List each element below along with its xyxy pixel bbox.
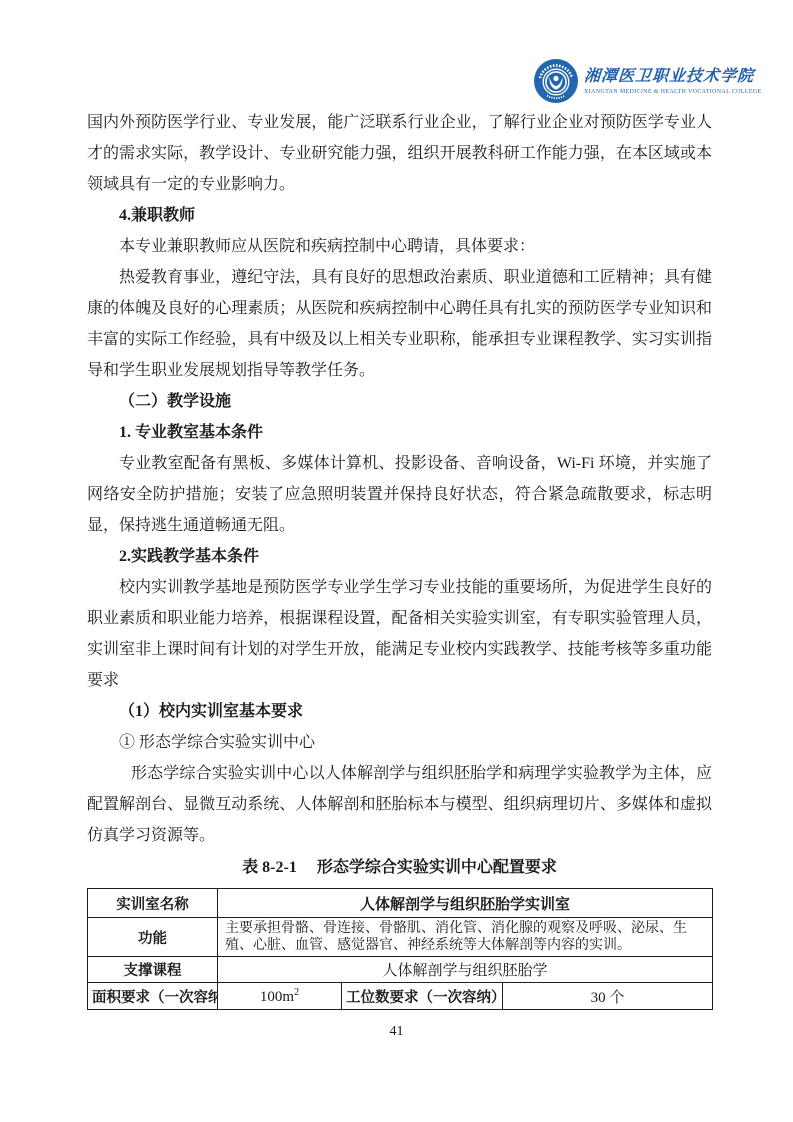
table-label-cell: 功能: [88, 918, 218, 957]
table-value-cell: 100m2: [218, 983, 342, 1010]
table-row-area-stations: 面积要求（一次容纳） 100m2 工位数要求（一次容纳） 30 个: [88, 983, 713, 1010]
area-value: 100m: [260, 989, 294, 1005]
section-heading-part-time-teachers: 4.兼职教师: [87, 200, 712, 231]
college-name-en: XIANGTAN MEDICINE & HEALTH VOCATIONAL CO…: [584, 88, 762, 96]
table-caption-title: 形态学综合实验实训中心配置要求: [317, 859, 557, 876]
table-label-cell: 实训室名称: [88, 889, 218, 918]
list-item-morphology-center: ① 形态学综合实验实训中心: [87, 727, 712, 758]
college-logo: 湘潭医卫职业技术学院 XIANGTAN MEDICINE & HEALTH VO…: [533, 58, 762, 104]
college-emblem-icon: [533, 58, 579, 104]
table-caption: 表 8-2-1形态学综合实验实训中心配置要求: [87, 858, 712, 878]
table-row-function: 功能 主要承担骨骼、骨连接、骨骼肌、消化管、消化腺的观察及呼吸、泌尿、生殖、心脏…: [88, 918, 713, 957]
table-label-cell: 面积要求（一次容纳）: [88, 983, 218, 1010]
table-caption-label: 表 8-2-1: [242, 859, 297, 876]
section-heading-classroom-conditions: 1. 专业教室基本条件: [87, 417, 712, 448]
table-row-courses: 支撑课程 人体解剖学与组织胚胎学: [88, 957, 713, 983]
section-heading-training-room-requirements: （1）校内实训室基本要求: [87, 696, 712, 727]
college-name: 湘潭医卫职业技术学院 XIANGTAN MEDICINE & HEALTH VO…: [584, 67, 762, 96]
requirements-table: 实训室名称 人体解剖学与组织胚胎学实训室 功能 主要承担骨骼、骨连接、骨骼肌、消…: [87, 888, 713, 1010]
table-label-cell: 工位数要求（一次容纳）: [342, 983, 503, 1010]
document-content: 国内外预防医学行业、专业发展，能广泛联系行业企业，了解行业企业对预防医学专业人才…: [87, 107, 712, 1010]
section-heading-practice-teaching: 2.实践教学基本条件: [87, 541, 712, 572]
paragraph: 形态学综合实验实训中心以人体解剖学与组织胚胎学和病理学实验教学为主体，应配置解剖…: [87, 758, 712, 851]
paragraph: 热爱教育事业，遵纪守法，具有良好的思想政治素质、职业道德和工匠精神；具有健康的体…: [87, 262, 712, 386]
area-value-superscript: 2: [294, 987, 299, 998]
table-value-cell: 人体解剖学与组织胚胎学实训室: [218, 889, 713, 918]
table-value-cell: 30 个: [503, 983, 713, 1010]
paragraph: 专业教室配备有黑板、多媒体计算机、投影设备、音响设备，Wi-Fi 环境，并实施了…: [87, 448, 712, 541]
table-row-room-name: 实训室名称 人体解剖学与组织胚胎学实训室: [88, 889, 713, 918]
document-page: 湘潭医卫职业技术学院 XIANGTAN MEDICINE & HEALTH VO…: [0, 0, 793, 1122]
table-value-cell: 人体解剖学与组织胚胎学: [218, 957, 713, 983]
college-name-zh: 湘潭医卫职业技术学院: [583, 67, 762, 87]
paragraph: 本专业兼职教师应从医院和疾病控制中心聘请，具体要求：: [87, 231, 712, 262]
table-value-cell: 主要承担骨骼、骨连接、骨骼肌、消化管、消化腺的观察及呼吸、泌尿、生殖、心脏、血管…: [218, 918, 713, 957]
paragraph: 校内实训教学基地是预防医学专业学生学习专业技能的重要场所，为促进学生良好的职业素…: [87, 572, 712, 696]
table-label-cell: 支撑课程: [88, 957, 218, 983]
page-number: 41: [0, 1024, 793, 1040]
paragraph: 国内外预防医学行业、专业发展，能广泛联系行业企业，了解行业企业对预防医学专业人才…: [87, 107, 712, 200]
section-heading-teaching-facilities: （二）教学设施: [87, 386, 712, 417]
